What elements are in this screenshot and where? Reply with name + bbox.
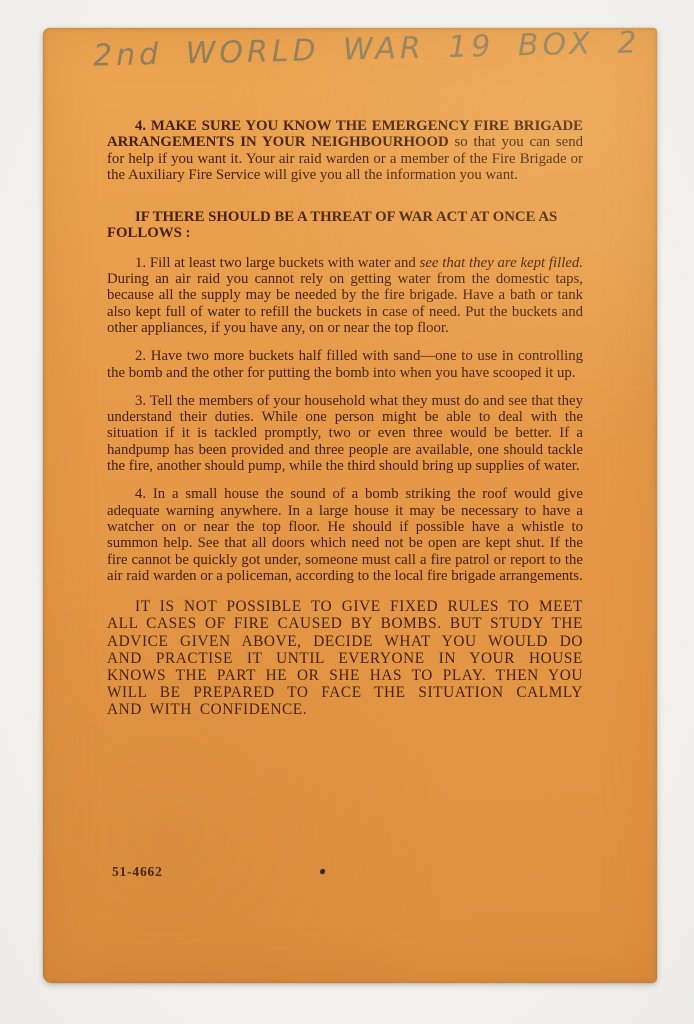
instruction-3-household-duties: 3. Tell the members of your household wh… bbox=[107, 393, 583, 474]
print-code: 51-4662 bbox=[112, 864, 163, 880]
leaflet-text-block: 4. MAKE SURE YOU KNOW THE EMERGENCY FIRE… bbox=[107, 118, 583, 731]
closing-caps-paragraph: IT IS NOT POSSIBLE TO GIVE FIXED RULES T… bbox=[107, 598, 583, 718]
instruction-1-buckets-water: 1. Fill at least two large buckets with … bbox=[107, 255, 583, 336]
instruction-1-pre-text: 1. Fill at least two large buckets with … bbox=[135, 255, 420, 271]
instruction-1-italic-text: see that they are kept filled. bbox=[420, 255, 583, 271]
instruction-4-bomb-watcher: 4. In a small house the sound of a bomb … bbox=[107, 486, 583, 584]
instruction-1-post-text: During an air raid you cannot rely on ge… bbox=[107, 271, 583, 336]
threat-of-war-heading: IF THERE SHOULD BE A THREAT OF WAR ACT A… bbox=[107, 209, 583, 242]
instruction-2-buckets-sand: 2. Have two more buckets half filled wit… bbox=[107, 348, 583, 381]
paragraph-fire-brigade-arrangements: 4. MAKE SURE YOU KNOW THE EMERGENCY FIRE… bbox=[107, 118, 583, 183]
leaflet-page: 2nd WORLD WAR 19 BOX 2 4. MAKE SURE YOU … bbox=[43, 28, 657, 983]
handwritten-annotation: 2nd WORLD WAR 19 BOX 2 bbox=[93, 25, 641, 73]
ink-speck bbox=[320, 869, 325, 874]
